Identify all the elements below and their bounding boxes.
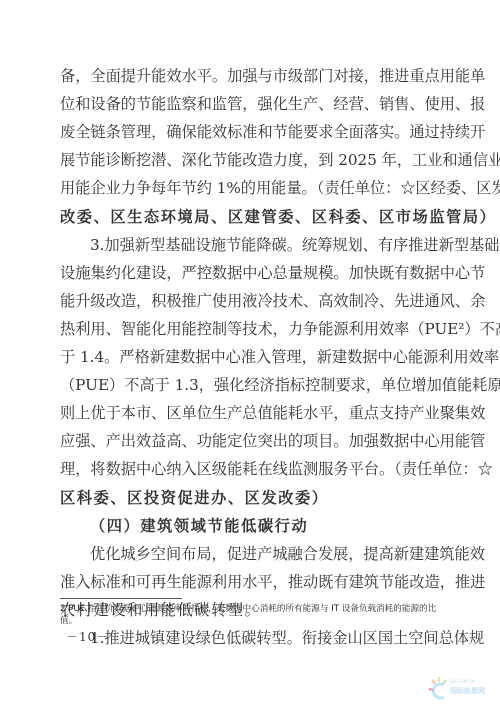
watermark-url: BJX.COM.CN	[450, 679, 474, 684]
sun-logo-icon	[428, 675, 450, 703]
text-line: 3.加强新型基础设施节能降碳。统筹规划、有序推进新型基础	[90, 235, 442, 255]
text-line: 1.推进城镇建设绿色低碳转型。衔接金山区国土空间总体规	[90, 628, 442, 648]
text-line: 备，全面提升能效水平。加强与市级部门对接，推进重点用能单	[60, 66, 442, 86]
text-line: 于 1.4。严格新建数据中心准入管理，新建数据中心能源利用效率	[60, 347, 442, 367]
text-line: 废全链条管理，确保能效标准和节能要求全面落实。通过持续开	[60, 122, 442, 142]
watermark-logo: BJX.COM.CN 国际能源网	[428, 675, 498, 703]
text-line: 改委、区生态环境局、区建管委、区科委、区市场监管局）	[60, 207, 442, 227]
text-line: 展节能诊断挖潜、深化节能改造力度，到 2025 年，工业和通信业	[60, 150, 442, 170]
footnote-line-1: 2 PUE 指评价数据中心能源效率的指标，是数据中心消耗的所有能源与 IT 设备…	[60, 603, 442, 615]
text-line: 优化城乡空间布局，促进产城融合发展，提高新建建筑能效	[90, 544, 442, 564]
text-line: 准入标准和可再生能源利用水平，推动既有建筑节能改造，推进	[60, 572, 442, 592]
watermark-text: 国际能源网	[450, 686, 485, 696]
text-line: 热利用、智能化用能控制等技术，力争能源利用效率（PUE²）不高	[60, 319, 442, 339]
text-line: 应强、产出效益高、功能定位突出的项目。加强数据中心用能管	[60, 431, 442, 451]
document-page: 备，全面提升能效水平。加强与市级部门对接，推进重点用能单位和设备的节能监察和监管…	[0, 0, 500, 707]
page-number: －10－	[66, 628, 109, 645]
text-line: 则上优于本市、区单位生产总值能耗水平，重点支持产业聚集效	[60, 403, 442, 423]
footnote-line-2: 值。	[60, 615, 442, 627]
text-line: （四）建筑领域节能低碳行动	[90, 516, 442, 536]
text-line: 能升级改造，积极推广使用液冷技术、高效制冷、先进通风、余	[60, 291, 442, 311]
footnote-divider	[60, 598, 182, 599]
text-line: 位和设备的节能监察和监管，强化生产、经营、销售、使用、报	[60, 94, 442, 114]
text-line: 理，将数据中心纳入区级能耗在线监测服务平台。（责任单位：☆	[60, 459, 442, 479]
text-line: 用能企业力争每年节约 1%的用能量。（责任单位：☆区经委、区发	[60, 178, 442, 198]
text-line: 设施集约化建设，严控数据中心总量规模。加快既有数据中心节	[60, 263, 442, 283]
text-line: （PUE）不高于 1.3，强化经济指标控制要求，单位增加值能耗原	[60, 375, 442, 395]
text-line: 区科委、区投资促进办、区发改委）	[60, 488, 442, 508]
